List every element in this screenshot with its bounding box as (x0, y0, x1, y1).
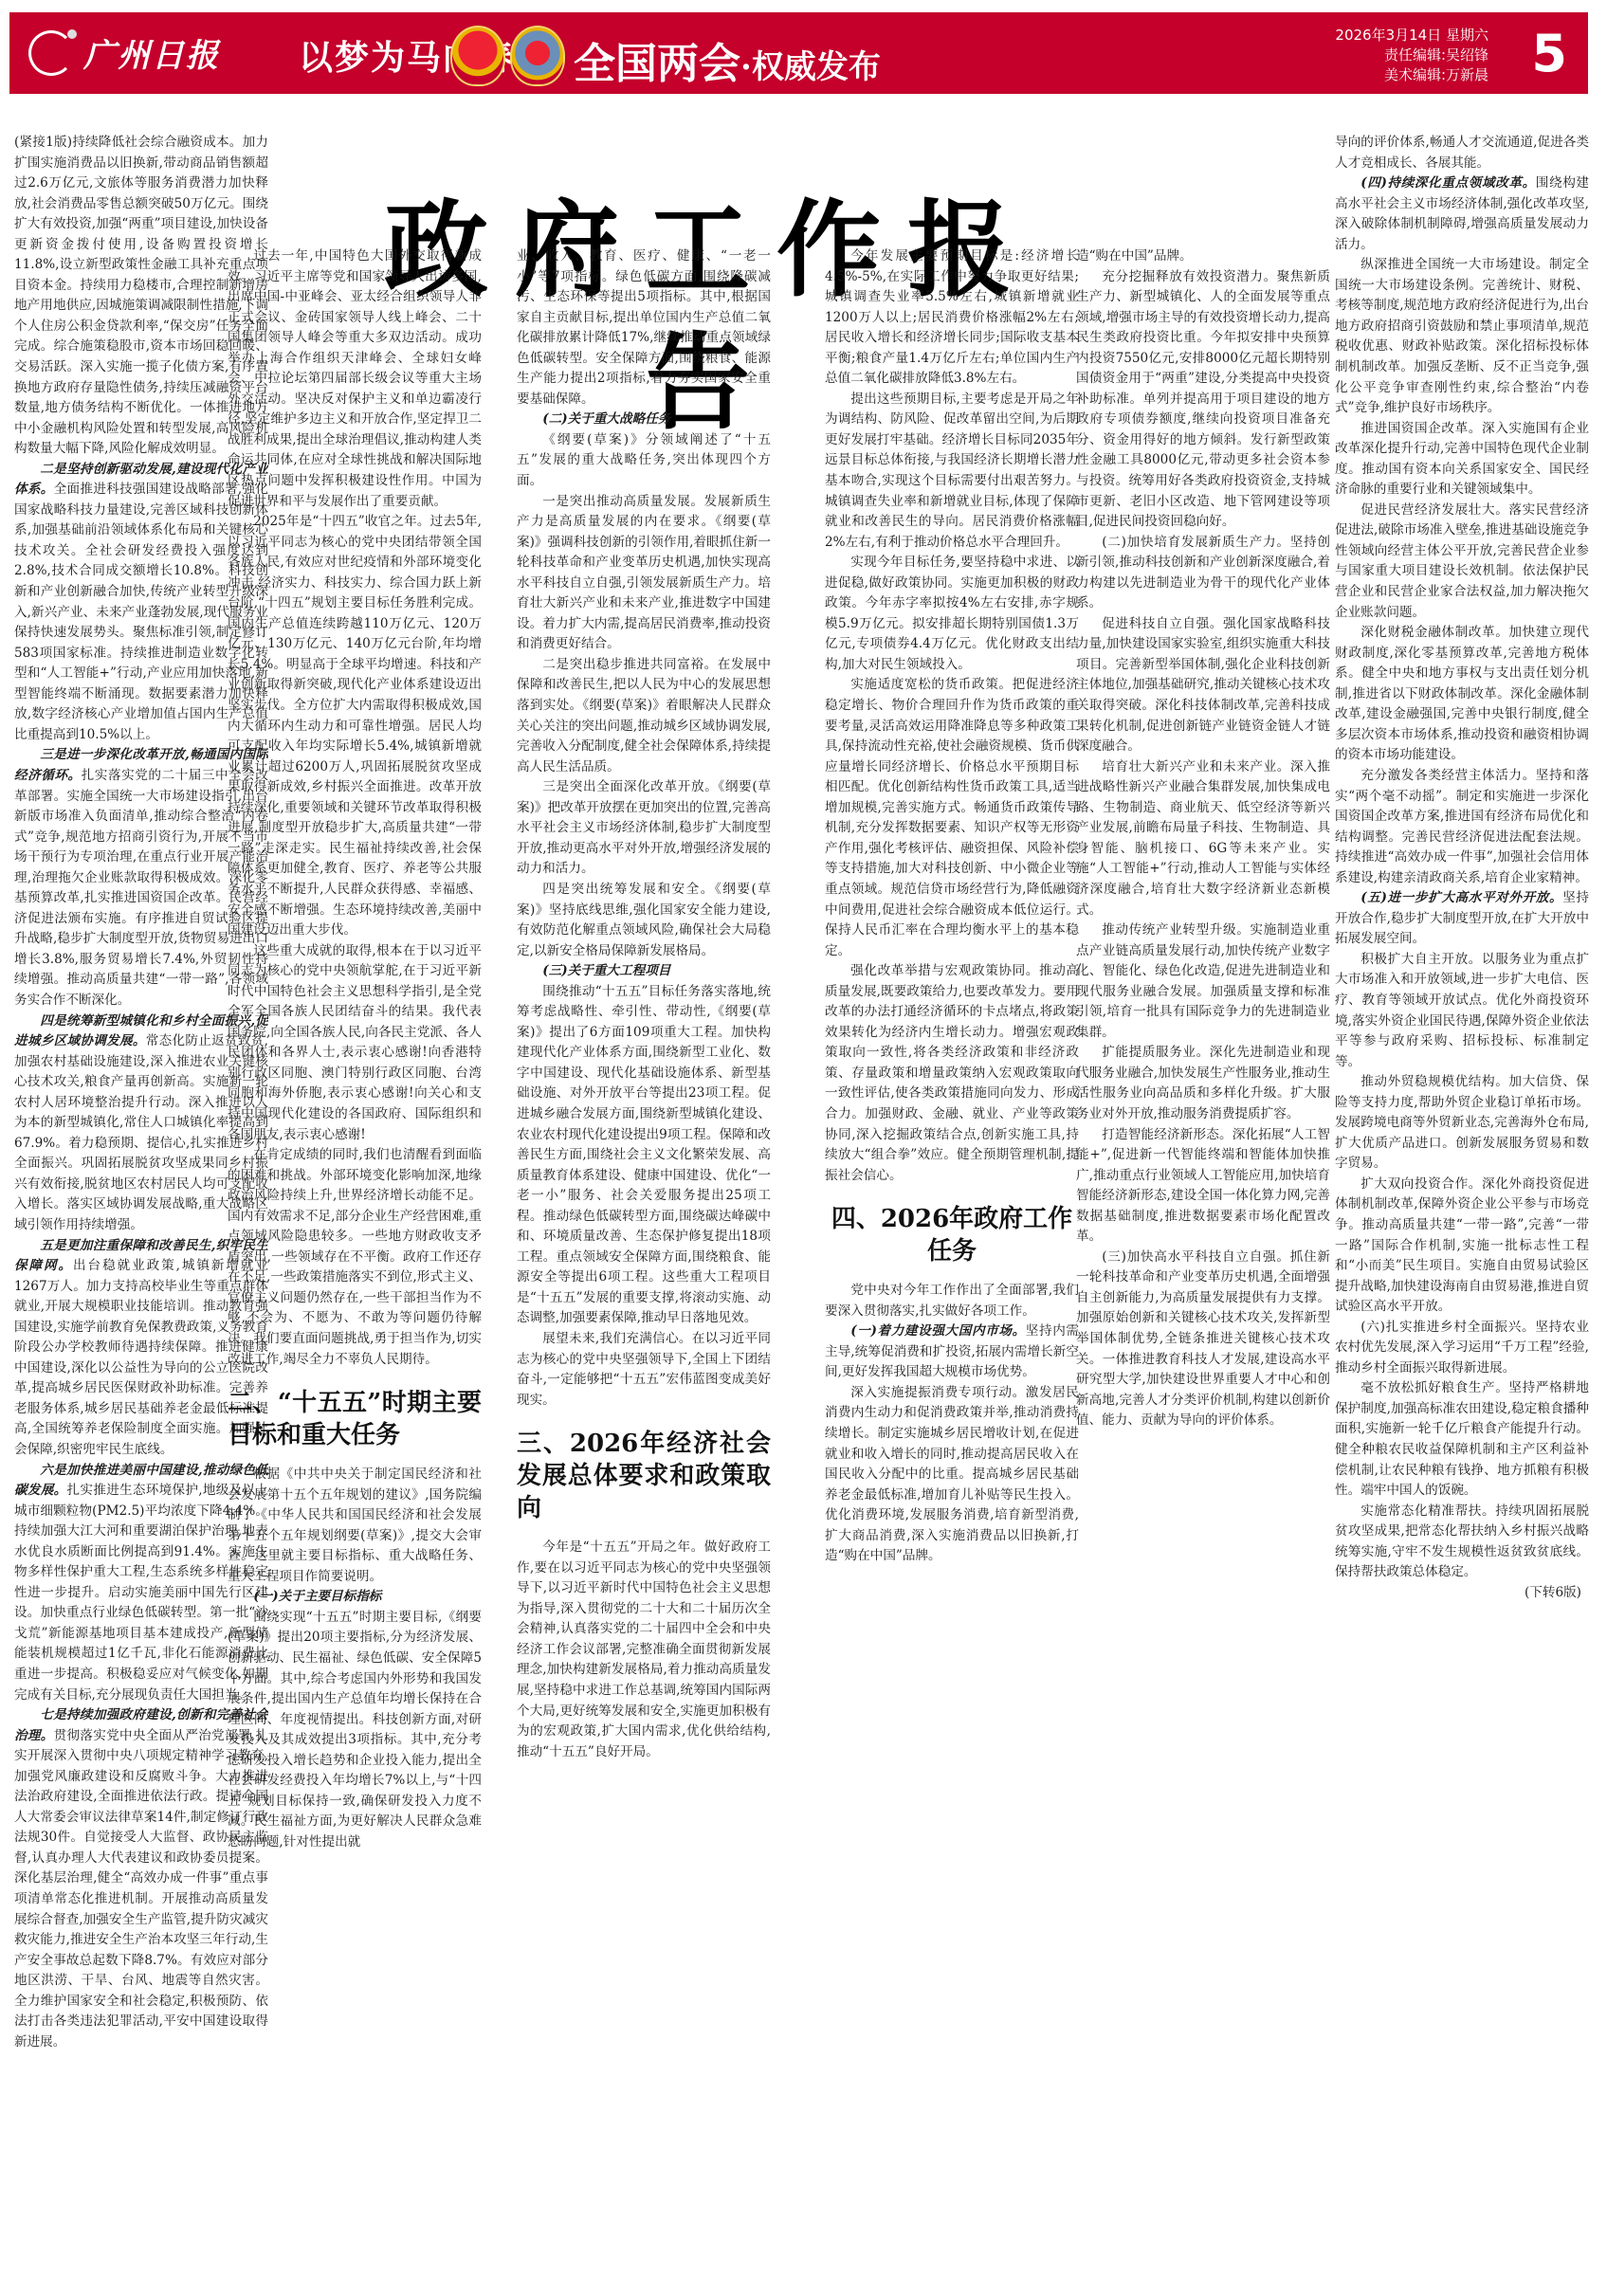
body-paragraph: 培育壮大新兴产业和未来产业。深入推进战略性新兴产业融合集群发展,加快集成电路、生… (1076, 757, 1330, 920)
paragraph-text: 提出这些预期目标,主要考虑是开局之年为调结构、防风险、促改革留出空间,为后期更好… (825, 392, 1079, 550)
body-paragraph: 扩能提质服务业。深化先进制造业和现代服务业融合,加快发展生产性服务业,推动生活性… (1076, 1043, 1330, 1124)
paragraph-text: 四是突出统筹发展和安全。《纲要(草案)》坚持底线思维,强化国家安全能力建设,有效… (517, 882, 771, 958)
paragraph-text: 业、收入、教育、医疗、健康、“一老一小”等7项指标。绿色低碳方面,围绕降碳减污、… (517, 248, 771, 407)
paragraph-text: 这些重大成就的取得,根本在于以习近平同志为核心的党中央领航掌舵,在于习近平新时代… (228, 943, 482, 1142)
paragraph-text: 实现今年目标任务,要坚持稳中求进、以进促稳,做好政策协同。实施更加积极的财政政策… (825, 555, 1079, 672)
continued-on-page-note: (下转6版) (1335, 1583, 1589, 1604)
paragraph-text: 推动传统产业转型升级。实施制造业重点产业链高质量发展行动,加快传统产业数字化、智… (1076, 922, 1330, 1040)
section-heading: 四、2026年政府工作任务 (825, 1203, 1079, 1267)
section-heading: 二、“十五五”时期主要目标和重大任务 (228, 1387, 482, 1451)
body-paragraph: 二是突出稳步推进共同富裕。在发展中保障和改善民生,把以人民为中心的发展思想落到实… (517, 655, 771, 777)
body-paragraph: 过去一年,中国特色大国外交取得新成效。习近平主席等党和国家领导人出访多国,出席中… (228, 246, 482, 512)
body-paragraph: 2025年是“十四五”收官之年。过去5年,以习近平同志为核心的党中央团结带领全国… (228, 512, 482, 940)
paragraph-text: 充分激发各类经营主体活力。坚持和落实“两个毫不动摇”。制定和实施进一步深化国资国… (1335, 768, 1589, 885)
section-title: 全国两会·权威发布 (574, 29, 881, 90)
body-paragraph: 提出这些预期目标,主要考虑是开局之年为调结构、防风险、促改革留出空间,为后期更好… (825, 390, 1079, 553)
body-paragraph: 围绕实现“十五五”时期主要目标,《纲要(草案)》提出20项主要指标,分为经济发展… (228, 1608, 482, 1853)
cppcc-emblem-icon (510, 26, 565, 86)
paragraph-text: 深化财税金融体制改革。加快建立现代财政制度,深化零基预算改革,完善地方税体系。健… (1335, 625, 1589, 762)
paragraph-text: 根据《中共中央关于制定国民经济和社会发展第十五个五年规划的建议》,国务院编制了《… (228, 1467, 482, 1584)
paragraph-text: 党中央对今年工作作出了全面部署,我们要深入贯彻落实,扎实做好各项工作。 (825, 1283, 1079, 1319)
paragraph-text: 《纲要(草案)》分领域阐述了“十五五”发展的重大战略任务,突出体现四个方面。 (517, 432, 771, 488)
paragraph-text: 一是突出推动高质量发展。发展新质生产力是高质量发展的内在要求。《纲要(草案)》强… (517, 494, 771, 652)
paragraph-text: (二)加快培育发展新质生产力。坚持创新引领,推动科技创新和产业创新深度融合,着力… (1076, 535, 1330, 611)
art-editor: 美术编辑:万新晨 (1335, 65, 1488, 85)
body-paragraph: 根据《中共中央关于制定国民经济和社会发展第十五个五年规划的建议》,国务院编制了《… (228, 1465, 482, 1587)
body-paragraph: 在肯定成绩的同时,我们也清醒看到面临的困难和挑战。外部环境变化影响加深,地缘政治… (228, 1145, 482, 1370)
paragraph-text: (下转6版) (1525, 1585, 1581, 1600)
text-column-4: 今年发展主要预期目标是:经济增长4.5%-5%,在实际工作中努力争取更好结果;城… (825, 246, 1079, 2228)
page-number: 5 (1531, 24, 1567, 83)
body-paragraph: 推动传统产业转型升级。实施制造业重点产业链高质量发展行动,加快传统产业数字化、智… (1076, 920, 1330, 1043)
paragraph-text: 造“购在中国”品牌。 (1076, 248, 1193, 264)
body-paragraph: 促进民营经济发展壮大。落实民营经济促进法,破除市场准入壁垒,推进基础设施竞争性领… (1335, 501, 1589, 623)
body-paragraph: 深化财税金融体制改革。加快建立现代财政制度,深化零基预算改革,完善地方税体系。健… (1335, 623, 1589, 766)
text-column-5: 造“购在中国”品牌。充分挖掘释放有效投资潜力。聚焦新质生产力、新型城镇化、人的全… (1076, 246, 1330, 2228)
body-paragraph: 导向的评价体系,畅通人才交流通道,促进各类人才竞相成长、各展其能。 (1335, 133, 1589, 173)
body-paragraph: (四)持续深化重点领域改革。围绕构建高水平社会主义市场经济体制,强化改革攻坚,深… (1335, 173, 1589, 255)
newspaper-name: 广州日报 (83, 29, 220, 76)
section-title-sub: ·权威发布 (740, 48, 881, 86)
subsection-heading: (三)关于重大工程项目 (517, 961, 771, 982)
body-paragraph: 充分挖掘释放有效投资潜力。聚焦新质生产力、新型城镇化、人的全面发展等重点领域,增… (1076, 267, 1330, 533)
paragraph-text: 二是突出稳步推进共同富裕。在发展中保障和改善民生,把以人民为中心的发展思想落到实… (517, 657, 771, 774)
body-paragraph: (五)进一步扩大高水平对外开放。坚持开放合作,稳步扩大制度型开放,在扩大开放中拓… (1335, 888, 1589, 950)
body-paragraph: (一)着力建设强大国内市场。坚持内需主导,统筹促消费和扩投资,拓展内需增长新空间… (825, 1321, 1079, 1383)
body-paragraph: 深入实施提振消费专项行动。激发居民消费内生动力和促消费政策并举,推动消费持续增长… (825, 1383, 1079, 1567)
body-paragraph: (二)加快培育发展新质生产力。坚持创新引领,推动科技创新和产业创新深度融合,着力… (1076, 533, 1330, 614)
paragraph-text: 积极扩大自主开放。以服务业为重点扩大市场准入和开放领域,进一步扩大电信、医疗、教… (1335, 952, 1589, 1069)
body-paragraph: 四是突出统筹发展和安全。《纲要(草案)》坚持底线思维,强化国家安全能力建设,有效… (517, 880, 771, 961)
body-paragraph: 实现今年目标任务,要坚持稳中求进、以进促稳,做好政策协同。实施更加积极的财政政策… (825, 553, 1079, 675)
paragraph-text: 充分挖掘释放有效投资潜力。聚焦新质生产力、新型城镇化、人的全面发展等重点领域,增… (1076, 269, 1330, 530)
paragraph-text: 实施适度宽松的货币政策。把促进经济稳定增长、物价合理回升作为货币政策的重要考量,… (825, 677, 1079, 957)
paragraph-text: 展望未来,我们充满信心。在以习近平同志为核心的党中央坚强领导下,全国上下团结奋斗… (517, 1331, 771, 1408)
paragraph-text: 促进民营经济发展壮大。落实民营经济促进法,破除市场准入壁垒,推进基础设施竞争性领… (1335, 502, 1589, 620)
body-paragraph: 造“购在中国”品牌。 (1076, 246, 1330, 267)
paragraph-text: 过去一年,中国特色大国外交取得新成效。习近平主席等党和国家领导人出访多国,出席中… (228, 248, 482, 509)
paragraph-text: 今年发展主要预期目标是:经济增长4.5%-5%,在实际工作中努力争取更好结果;城… (825, 248, 1079, 386)
paragraph-text: 围绕推动“十五五”目标任务落实落地,统筹考虑战略性、牵引性、带动性,《纲要(草案… (517, 984, 771, 1326)
paragraph-text: 培育壮大新兴产业和未来产业。深入推进战略性新兴产业融合集群发展,加快集成电路、生… (1076, 759, 1330, 918)
body-paragraph: 一是突出推动高质量发展。发展新质生产力是高质量发展的内在要求。《纲要(草案)》强… (517, 492, 771, 655)
text-column-3: 业、收入、教育、医疗、健康、“一老一小”等7项指标。绿色低碳方面,围绕降碳减污、… (517, 246, 771, 2228)
body-paragraph: 党中央对今年工作作出了全面部署,我们要深入贯彻落实,扎实做好各项工作。 (825, 1281, 1079, 1321)
body-paragraph: 推进国资国企改革。深入实施国有企业改革深化提升行动,完善中国特色现代企业制度。推… (1335, 419, 1589, 501)
paragraph-text: 扩能提质服务业。深化先进制造业和现代服务业融合,加快发展生产性服务业,推动生活性… (1076, 1045, 1330, 1121)
subsection-heading: (一)关于主要目标指标 (228, 1587, 482, 1608)
issue-date: 2026年3月14日 星期六 (1335, 26, 1488, 46)
paragraph-text: 推进国资国企改革。深入实施国有企业改革深化提升行动,完善中国特色现代企业制度。推… (1335, 421, 1589, 498)
paragraph-lead: (四)持续深化重点领域改革。 (1360, 175, 1536, 191)
body-paragraph: 打造智能经济新形态。深化拓展“人工智能+”,促进新一代智能终端和智能体加快推广,… (1076, 1125, 1330, 1248)
paragraph-text: 强化改革举措与宏观政策协同。推动高质量发展,既要政策给力,也要改革发力。要用改革… (825, 963, 1079, 1182)
paragraph-text: 在肯定成绩的同时,我们也清醒看到面临的困难和挑战。外部环境变化影响加深,地缘政治… (228, 1147, 482, 1366)
paragraph-text: 深入实施提振消费专项行动。激发居民消费内生动力和促消费政策并举,推动消费持续增长… (825, 1385, 1079, 1563)
paragraph-text: (六)扎实推进乡村全面振兴。坚持农业农村优先发展,深入学习运用“千万工程”经验,… (1335, 1320, 1589, 1376)
body-paragraph: 《纲要(草案)》分领域阐述了“十五五”发展的重大战略任务,突出体现四个方面。 (517, 430, 771, 492)
paragraph-lead: (五)进一步扩大高水平对外开放。 (1360, 890, 1562, 905)
paragraph-text: 围绕实现“十五五”时期主要目标,《纲要(草案)》提出20项主要指标,分为经济发展… (228, 1610, 482, 1850)
body-paragraph: 今年是“十五五”开局之年。做好政府工作,要在以习近平同志为核心的党中央坚强领导下… (517, 1538, 771, 1762)
body-paragraph: 实施常态化精准帮扶。持续巩固拓展脱贫攻坚成果,把常态化帮扶纳入乡村振兴战略统筹实… (1335, 1502, 1589, 1583)
section-heading: 三、2026年经济社会发展总体要求和政策取向 (517, 1428, 771, 1524)
body-paragraph: (六)扎实推进乡村全面振兴。坚持农业农村优先发展,深入学习运用“千万工程”经验,… (1335, 1318, 1589, 1379)
national-emblem-icon (450, 26, 505, 86)
paragraph-text: 纵深推进全国统一大市场建设。制定全国统一大市场建设条例。完善统计、财税、考核等制… (1335, 257, 1589, 415)
newspaper-logo[interactable]: 广州日报 (28, 29, 220, 76)
body-paragraph: 展望未来,我们充满信心。在以习近平同志为核心的党中央坚强领导下,全国上下团结奋斗… (517, 1329, 771, 1411)
paragraph-text: 推动外贸稳规模优结构。加大信贷、保险等支持力度,帮助外贸企业稳订单拓市场。发展跨… (1335, 1074, 1589, 1171)
body-paragraph: 今年发展主要预期目标是:经济增长4.5%-5%,在实际工作中努力争取更好结果;城… (825, 246, 1079, 390)
paragraph-text: (三)加快高水平科技自立自强。抓住新一轮科技革命和产业变革历史机遇,全面增强自主… (1076, 1249, 1330, 1428)
dateline: 2026年3月14日 星期六 责任编辑:吴绍锋 美术编辑:万新晨 (1335, 26, 1488, 85)
body-paragraph: 扩大双向投资合作。深化外商投资促进体制机制改革,保障外资企业公平参与市场竞争。推… (1335, 1175, 1589, 1318)
paragraph-text: 促进科技自立自强。强化国家战略科技力量,加快建设国家实验室,组织实施重大科技项目… (1076, 616, 1330, 754)
paragraph-text: 毫不放松抓好粮食生产。坚持严格耕地保护制度,加强高标准农田建设,稳定粮食播种面积… (1335, 1380, 1589, 1498)
paragraph-text: 打造智能经济新形态。深化拓展“人工智能+”,促进新一代智能终端和智能体加快推广,… (1076, 1127, 1330, 1245)
body-paragraph: 充分激发各类经营主体活力。坚持和落实“两个毫不动摇”。制定和实施进一步深化国资国… (1335, 766, 1589, 888)
paragraph-text: 实施常态化精准帮扶。持续巩固拓展脱贫攻坚成果,把常态化帮扶纳入乡村振兴战略统筹实… (1335, 1503, 1589, 1580)
newspaper-logo-icon (28, 30, 74, 76)
paragraph-text: 三是突出全面深化改革开放。《纲要(草案)》把改革开放摆在更加突出的位置,完善高水… (517, 779, 771, 876)
subsection-heading: (二)关于重大战略任务 (517, 410, 771, 430)
body-paragraph: 这些重大成就的取得,根本在于以习近平同志为核心的党中央领航掌舵,在于习近平新时代… (228, 941, 482, 1145)
paragraph-lead: (一)着力建设强大国内市场。 (850, 1323, 1026, 1339)
body-paragraph: 促进科技自立自强。强化国家战略科技力量,加快建设国家实验室,组织实施重大科技项目… (1076, 614, 1330, 757)
paragraph-text: 导向的评价体系,畅通人才交流通道,促进各类人才竞相成长、各展其能。 (1335, 135, 1589, 171)
paragraph-text: 2025年是“十四五”收官之年。过去5年,以习近平同志为核心的党中央团结带领全国… (228, 514, 482, 938)
body-paragraph: (三)加快高水平科技自立自强。抓住新一轮科技革命和产业变革历史机遇,全面增强自主… (1076, 1248, 1330, 1431)
body-paragraph: 业、收入、教育、医疗、健康、“一老一小”等7项指标。绿色低碳方面,围绕降碳减污、… (517, 246, 771, 410)
body-paragraph: 纵深推进全国统一大市场建设。制定全国统一大市场建设条例。完善统计、财税、考核等制… (1335, 255, 1589, 418)
body-paragraph: 强化改革举措与宏观政策协同。推动高质量发展,既要政策给力,也要改革发力。要用改革… (825, 961, 1079, 1186)
text-column-6: 导向的评价体系,畅通人才交流通道,促进各类人才竞相成长、各展其能。(四)持续深化… (1335, 133, 1589, 2228)
paragraph-text: 扩大双向投资合作。深化外商投资促进体制机制改革,保障外资企业公平参与市场竞争。推… (1335, 1176, 1589, 1314)
body-paragraph: 实施适度宽松的货币政策。把促进经济稳定增长、物价合理回升作为货币政策的重要考量,… (825, 675, 1079, 961)
body-paragraph: 三是突出全面深化改革开放。《纲要(草案)》把改革开放摆在更加突出的位置,完善高水… (517, 777, 771, 880)
body-paragraph: 积极扩大自主开放。以服务业为重点扩大市场准入和开放领域,进一步扩大电信、医疗、教… (1335, 950, 1589, 1072)
body-paragraph: 推动外贸稳规模优结构。加大信贷、保险等支持力度,帮助外贸企业稳订单拓市场。发展跨… (1335, 1072, 1589, 1175)
masthead-banner: 广州日报 以梦为马向春行 全国两会·权威发布 2026年3月14日 星期六 责任… (9, 12, 1588, 94)
responsible-editor: 责任编辑:吴绍锋 (1335, 46, 1488, 65)
body-paragraph: 围绕推动“十五五”目标任务落实落地,统筹考虑战略性、牵引性、带动性,《纲要(草案… (517, 982, 771, 1329)
paragraph-text: 今年是“十五五”开局之年。做好政府工作,要在以习近平同志为核心的党中央坚强领导下… (517, 1540, 771, 1758)
body-paragraph: 毫不放松抓好粮食生产。坚持严格耕地保护制度,加强高标准农田建设,稳定粮食播种面积… (1335, 1378, 1589, 1501)
text-column-2: 过去一年,中国特色大国外交取得新成效。习近平主席等党和国家领导人出访多国,出席中… (228, 246, 482, 2228)
section-title-main: 全国两会 (574, 40, 740, 88)
